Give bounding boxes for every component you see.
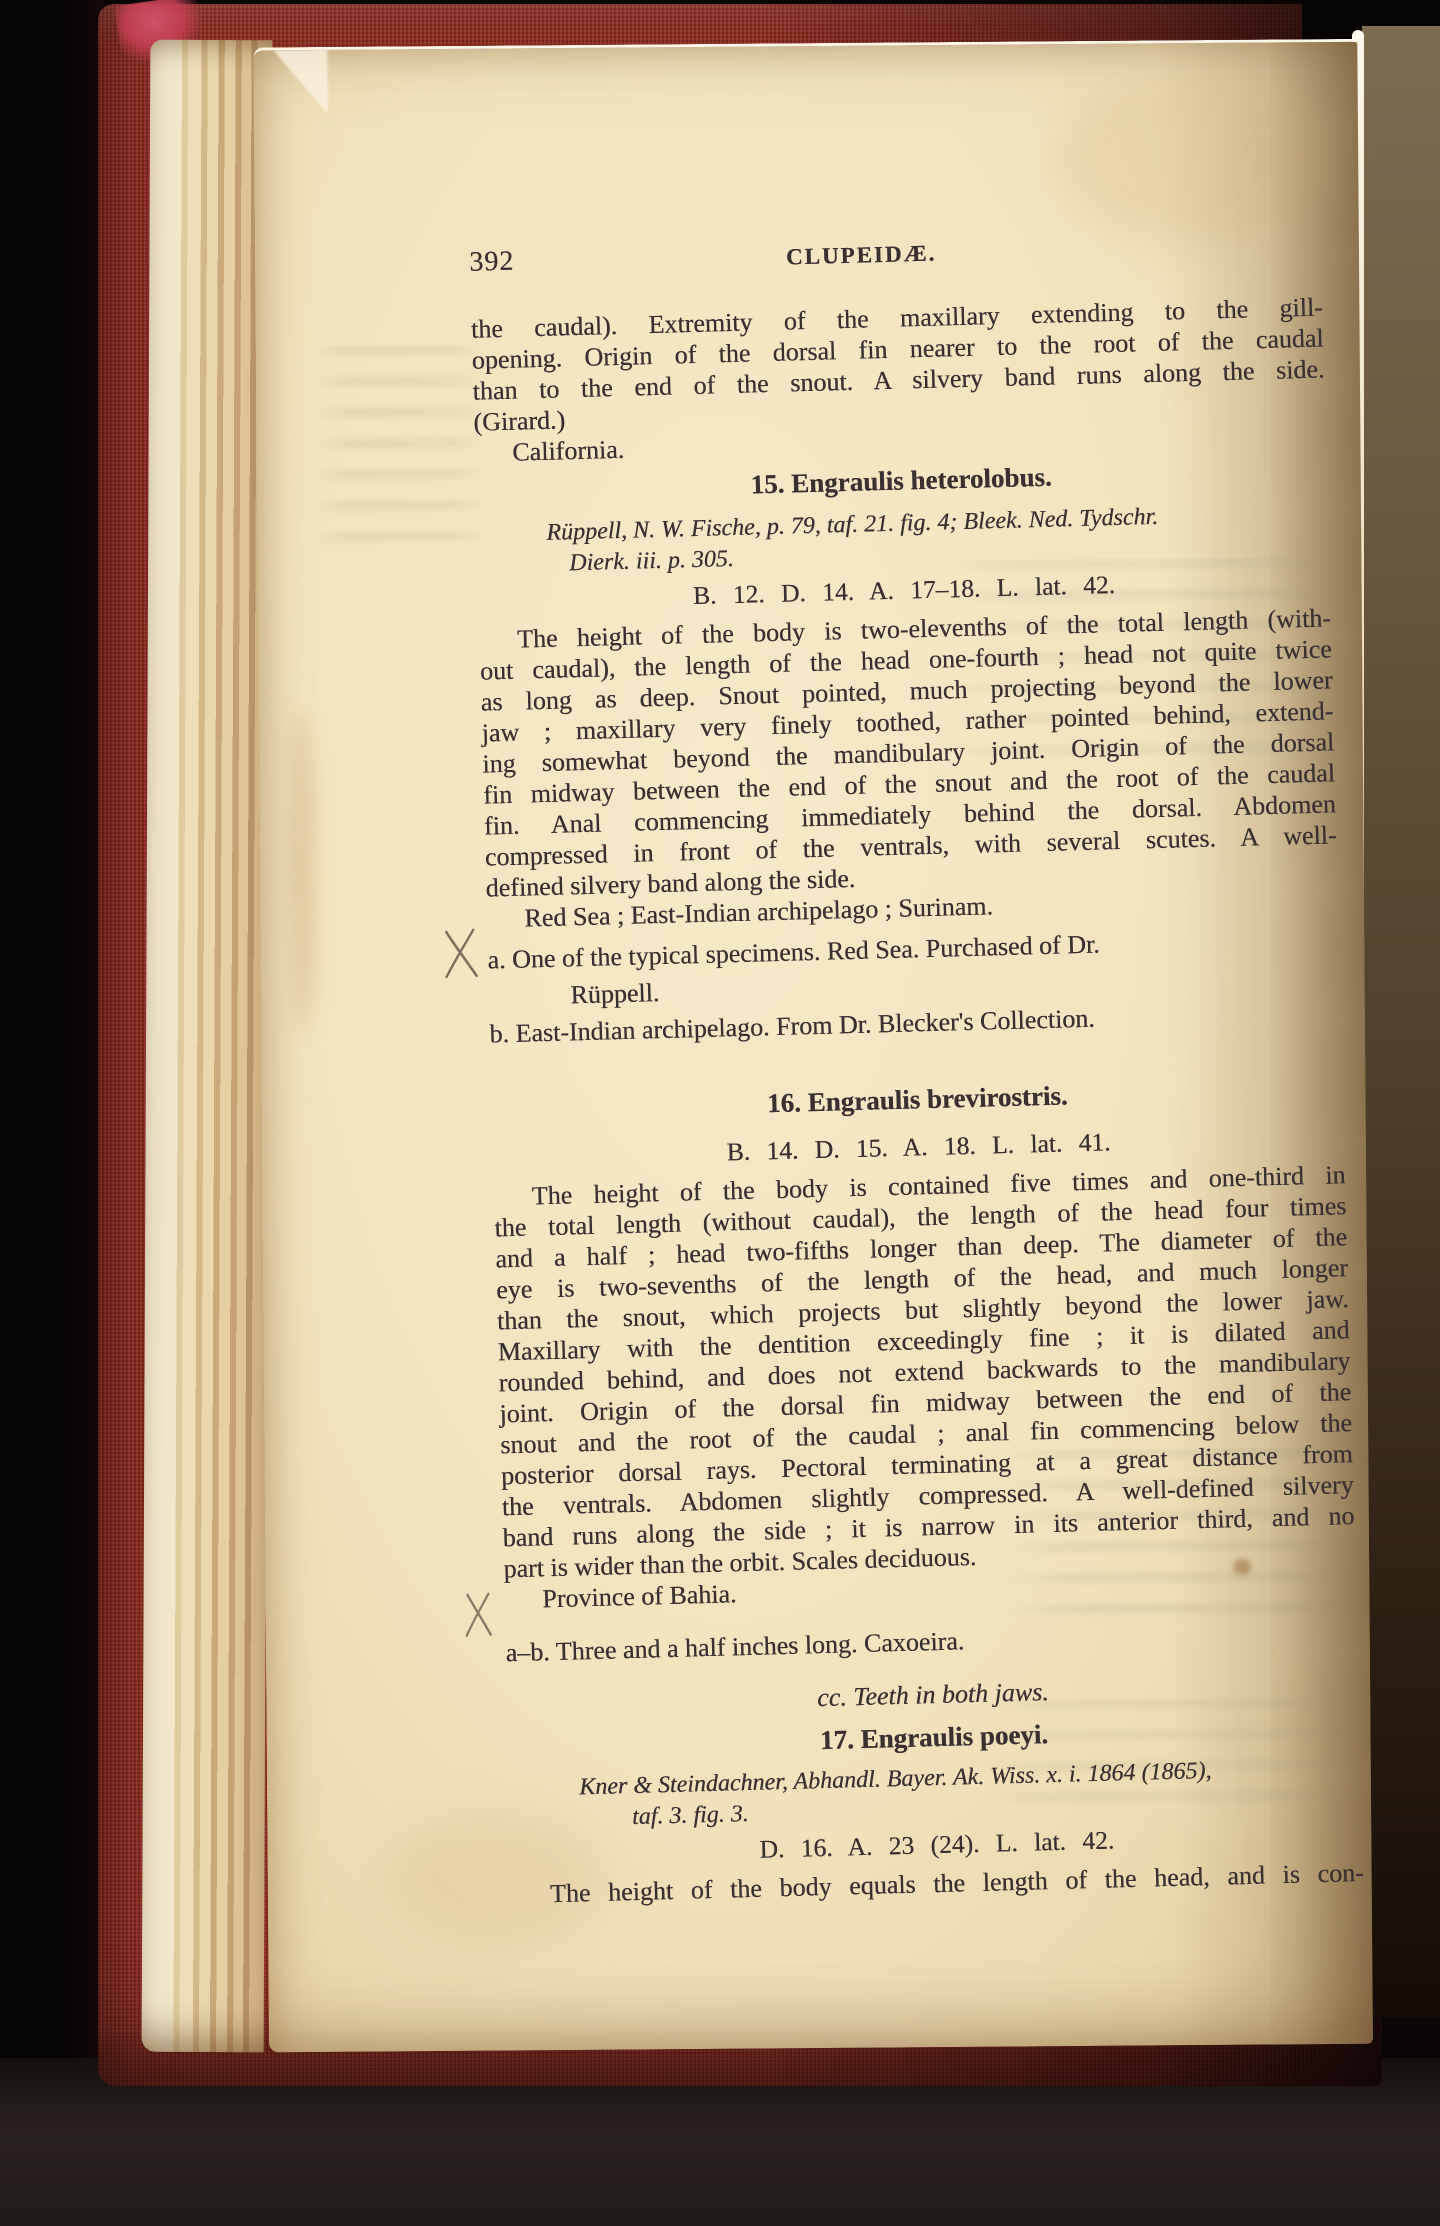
text-line: cc. Teeth in both jaws. <box>507 1668 1360 1721</box>
margin-x-mark <box>442 927 482 981</box>
page-edge-stack <box>142 40 273 2053</box>
text-column: 392 CLUPEIDÆ. the caudal). Extremity of … <box>469 224 1364 1910</box>
paper-stain <box>288 710 317 1030</box>
page-number: 392 <box>469 246 515 278</box>
background-shadow-left <box>0 0 104 2226</box>
margin-x-mark <box>463 1591 495 1639</box>
book-page: 392 CLUPEIDÆ. the caudal). Extremity of … <box>253 39 1373 2053</box>
text-line: a–b. Three and a half inches long. Caxoe… <box>505 1615 1358 1668</box>
text-line: 16. Engraulis brevirostris. <box>491 1073 1344 1126</box>
facing-page-in-shadow <box>1362 26 1440 2018</box>
page-corner-fold <box>273 50 328 114</box>
page-header: 392 CLUPEIDÆ. <box>469 224 1322 277</box>
book-photo-scene: 392 CLUPEIDÆ. the caudal). Extremity of … <box>0 0 1440 2226</box>
running-title: CLUPEIDÆ. <box>786 238 937 273</box>
text-lines-container: the caudal). Extremity of the maxillary … <box>471 291 1365 1910</box>
show-through-smudge <box>314 345 486 546</box>
